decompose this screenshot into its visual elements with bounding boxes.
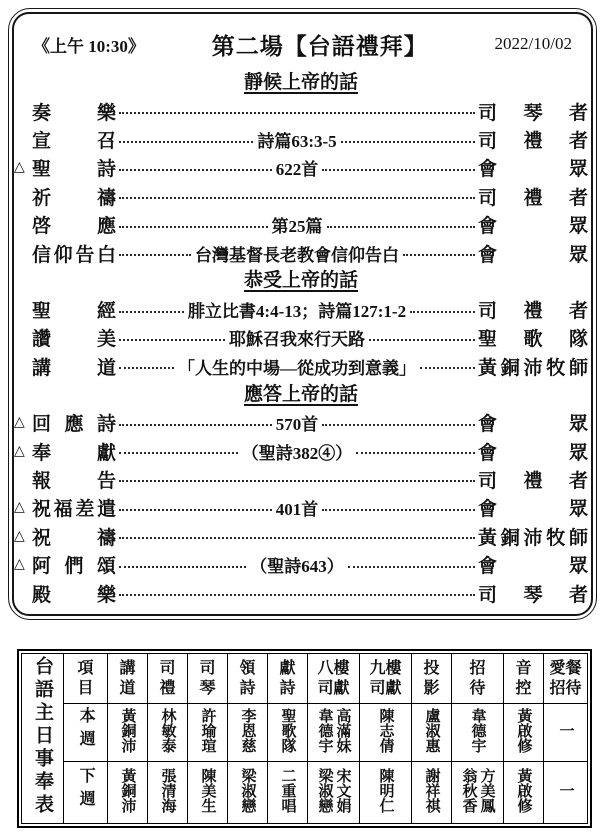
program-item-performer: 司禮者 [478,296,588,323]
program-item-name: 講道 [32,353,116,380]
program-item-name: 信仰告白 [32,240,116,267]
worship-program-box: 《上午 10:30》 第二場【台語禮拜】 2022/10/02 靜候上帝的話 奏… [8,8,597,620]
duty-column-header: 投 影 [412,659,451,699]
program-item-performer: 司琴者 [478,98,588,125]
program-row: △ 祝福差遣 401首 會眾 [14,494,588,522]
program-item-name: 祈禱 [32,183,116,210]
duty-name-cell: 黃銅沛 [119,768,137,813]
program-row: 啓應 第25篇 會眾 [14,211,588,239]
duty-column-header: 愛餐 招待 [544,659,587,699]
program-item-name: 阿們頌 [32,551,116,578]
duty-column-header: 項 目 [64,659,107,699]
page-title: 第二場【台語禮拜】 [145,28,495,61]
dotted-leader [322,424,475,426]
program-row: 奏樂 司琴者 [14,97,588,125]
duty-name-cell: 李恩慈 [239,708,257,753]
program-item-name: 回應詩 [32,409,116,436]
dotted-leader [410,311,475,313]
congregation-stand-marker: △ [14,528,32,545]
duty-name-cell: 黃啟修 [515,768,533,813]
duty-column-header: 獻 詩 [268,659,307,699]
duty-column-header: 八樓 司獻 [308,659,359,699]
program-item-performer: 司禮者 [478,126,588,153]
program-item-detail: 第25篇 [271,212,324,237]
duty-name-cell: 一 [557,723,575,738]
program-list: 靜候上帝的話 奏樂 司琴者 宣召 詩篇63:3-5 司禮者 △ 聖詩 622首 … [14,69,588,607]
duty-name-cell: 陳明仁 [377,768,395,813]
congregation-stand-marker: △ [14,499,32,516]
program-row: △ 聖詩 622首 會眾 [14,154,588,182]
congregation-stand-marker: △ [14,414,32,431]
program-item-detail: 622首 [275,155,320,180]
congregation-stand-marker: △ [14,556,32,573]
dotted-leader [119,141,253,143]
duty-name-cell: 聖歌隊 [279,708,297,753]
dotted-leader [348,566,475,568]
duty-week-label: 下週 [76,767,95,813]
dotted-leader [119,169,272,171]
program-item-performer: 會眾 [478,211,588,238]
dotted-leader [119,594,475,596]
program-item-name: 讚美 [32,324,116,351]
program-item-performer: 聖歌隊 [478,324,588,351]
dotted-leader [119,226,268,228]
dotted-leader [119,480,475,482]
duty-name-cell: 林敏泰 [159,708,177,753]
duty-name-cell: 黃啟修 [515,708,533,753]
program-row: 讚美 耶穌召我來行天路 聖歌隊 [14,324,588,352]
dotted-leader [403,254,475,256]
program-item-performer: 會眾 [478,551,588,578]
duty-column-header: 領 詩 [228,659,267,699]
duty-name-cell: 宋文娟 梁淑戀 [316,768,352,813]
duty-name-cell: 盧淑惠 [423,708,441,753]
dotted-leader [356,452,475,454]
dotted-leader [119,452,238,454]
duty-column-header: 講 道 [108,659,147,699]
duty-name-cell: 二重唱 [279,768,297,813]
duty-name-cell: 高滿妹 韋德宇 [316,708,352,753]
program-item-detail: （聖詩643） [249,552,345,577]
program-item-performer: 會眾 [478,154,588,181]
duty-name-cell: 謝祥祺 [423,768,441,813]
program-item-performer: 會眾 [478,438,588,465]
section-heading: 應答上帝的話 [14,381,588,409]
program-header: 《上午 10:30》 第二場【台語禮拜】 2022/10/02 [33,29,572,59]
duty-column-header: 九樓 司獻 [360,659,411,699]
program-row: 殿樂 司琴者 [14,579,588,607]
dotted-leader [369,339,475,341]
program-item-detail: 耶穌召我來行天路 [228,325,366,350]
dotted-leader [119,566,246,568]
program-item-detail: 台灣基督長老教會信仰告白 [194,241,400,266]
program-item-performer: 司禮者 [478,466,588,493]
program-item-detail: 401首 [275,495,320,520]
duty-name-cell: 方美鳳 翁秋香 [460,768,496,813]
dotted-leader [327,226,476,228]
duty-name-cell: 韋德宇 [469,708,487,753]
dotted-leader [119,509,272,511]
program-item-detail: 「人生的中場—從成功到意義」 [177,354,417,379]
program-item-performer: 司禮者 [478,183,588,210]
duty-table-row: 下週黃銅沛張清海陳美生梁淑戀二重唱宋文娟 梁淑戀陳明仁謝祥祺方美鳳 翁秋香黃啟修… [22,762,588,824]
program-row: 宣召 詩篇63:3-5 司禮者 [14,125,588,153]
duty-name-cell: 一 [557,783,575,798]
dotted-leader [420,367,475,369]
dotted-leader [119,112,475,114]
program-item-name: 奉獻 [32,438,116,465]
program-row: △ 奉獻 （聖詩382④） 會眾 [14,437,588,465]
duty-name-cell: 許瑜瑄 [199,708,217,753]
program-item-performer: 會眾 [478,409,588,436]
program-row: △ 阿們頌 （聖詩643） 會眾 [14,550,588,578]
program-item-name: 祝福差遣 [32,494,116,521]
program-item-name: 殿樂 [32,580,116,607]
dotted-leader [322,169,475,171]
dotted-leader [341,141,475,143]
program-row: △ 祝禱 黃銅沛牧師 [14,522,588,550]
program-item-detail: （聖詩382④） [241,439,354,464]
duty-column-header: 司 琴 [188,659,227,699]
dotted-leader [119,339,225,341]
congregation-stand-marker: △ [14,443,32,460]
duty-column-header: 音 控 [504,659,543,699]
duty-table-row: 本週黃銅沛林敏泰許瑜瑄李恩慈聖歌隊高滿妹 韋德宇陳志倩盧淑惠韋德宇黃啟修一 [22,704,588,762]
program-item-name: 啓應 [32,211,116,238]
duty-column-header: 招 待 [452,659,503,699]
duty-roster-grid: 台語主日事奉表項 目講 道司 禮司 琴領 詩獻 詩八樓 司獻九樓 司獻投 影招 … [21,653,588,824]
program-item-performer: 司琴者 [478,580,588,607]
program-item-name: 奏樂 [32,98,116,125]
program-item-detail: 詩篇63:3-5 [256,127,337,152]
duty-week-label: 本週 [76,707,95,753]
program-item-name: 報告 [32,466,116,493]
program-row: 聖經 腓立比書4:4-13；詩篇127:1-2 司禮者 [14,295,588,323]
program-row: 信仰告白 台灣基督長老教會信仰告白 會眾 [14,239,588,267]
program-item-detail: 腓立比書4:4-13；詩篇127:1-2 [187,297,407,322]
service-date: 2022/10/02 [495,34,572,54]
dotted-leader [119,311,184,313]
program-item-detail: 570首 [275,410,320,435]
program-row: 祈禱 司禮者 [14,182,588,210]
program-item-name: 聖經 [32,296,116,323]
duty-name-cell: 黃銅沛 [119,708,137,753]
duty-roster-table: 台語主日事奉表項 目講 道司 禮司 琴領 詩獻 詩八樓 司獻九樓 司獻投 影招 … [17,649,592,828]
congregation-stand-marker: △ [14,159,32,176]
bulletin-page: 《上午 10:30》 第二場【台語禮拜】 2022/10/02 靜候上帝的話 奏… [0,0,606,833]
dotted-leader [322,509,475,511]
duty-name-cell: 張清海 [159,768,177,813]
section-heading: 靜候上帝的話 [14,69,588,97]
program-item-name: 宣召 [32,126,116,153]
service-time: 《上午 10:30》 [33,32,145,57]
program-row: 報告 司禮者 [14,465,588,493]
program-item-performer: 黃銅沛牧師 [478,523,588,550]
dotted-leader [119,197,475,199]
program-row: △ 回應詩 570首 會眾 [14,409,588,437]
program-item-performer: 會眾 [478,240,588,267]
table-side-label: 台語主日事奉表 [33,656,52,817]
dotted-leader [119,254,191,256]
duty-name-cell: 陳美生 [199,768,217,813]
dotted-leader [119,424,272,426]
program-item-performer: 黃銅沛牧師 [478,353,588,380]
program-row: 講道 「人生的中場—從成功到意義」 黃銅沛牧師 [14,352,588,380]
program-item-performer: 會眾 [478,494,588,521]
dotted-leader [119,537,475,539]
duty-name-cell: 陳志倩 [377,708,395,753]
duty-column-header: 司 禮 [148,659,187,699]
program-item-name: 祝禱 [32,523,116,550]
dotted-leader [119,367,174,369]
section-heading: 恭受上帝的話 [14,267,588,295]
duty-name-cell: 梁淑戀 [239,768,257,813]
program-item-name: 聖詩 [32,154,116,181]
